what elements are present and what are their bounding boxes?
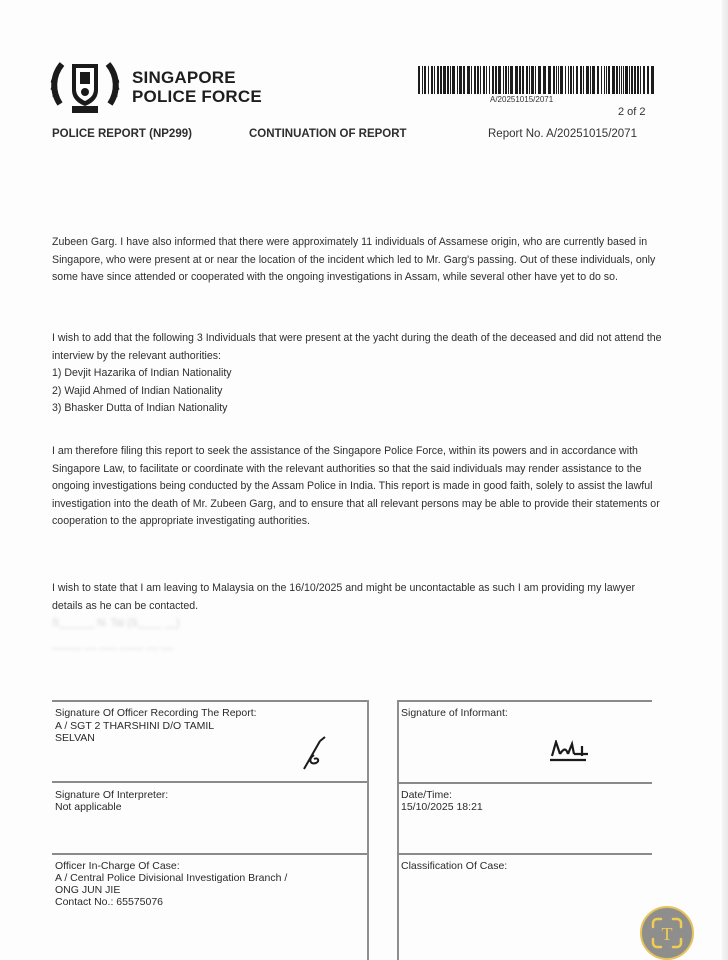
report-page: SINGAPORE POLICE FORCE A/20251015/2071 2… (0, 0, 728, 960)
form-name: POLICE REPORT (NP299) (52, 128, 192, 140)
form-border (397, 782, 652, 784)
police-crest-icon (50, 54, 120, 116)
individual-list-item: 2) Wajid Ahmed of Indian Nationality (52, 383, 662, 401)
form-border (397, 700, 652, 702)
informant-label: Signature of Informant: (401, 707, 508, 719)
officer-signature (300, 735, 330, 771)
redacted-lawyer-contact: _____ __ ___ ____ __ __ (52, 638, 173, 650)
barcode-text: A/20251015/2071 (490, 95, 553, 104)
datetime-cell: Date/Time: 15/10/2025 18:21 (401, 789, 483, 813)
page-edge-shadow (722, 0, 728, 960)
barcode (418, 66, 656, 96)
redacted-lawyer-name: S______ N. Tai (S____ __) (52, 617, 180, 629)
informant-signature (548, 740, 594, 762)
ioc-label: Officer In-Charge Of Case: (55, 860, 287, 872)
ioc-contact: Contact No.: 65575076 (55, 896, 287, 908)
text-scan-button[interactable]: T (640, 906, 694, 960)
officer-label: Signature Of Officer Recording The Repor… (55, 707, 257, 719)
section-title: CONTINUATION OF REPORT (249, 128, 407, 140)
report-number: Report No. A/20251015/2071 (488, 128, 637, 140)
paragraph-1: Zubeen Garg. I have also informed that t… (52, 234, 662, 287)
interpreter-label: Signature Of Interpreter: (55, 789, 168, 801)
svg-text:T: T (662, 924, 673, 944)
form-border (52, 700, 368, 702)
page-indicator: 2 of 2 (618, 106, 646, 118)
classification-cell: Classification Of Case: (401, 860, 507, 872)
officer-cell: Signature Of Officer Recording The Repor… (55, 707, 257, 744)
paragraph-2: I wish to add that the following 3 Indiv… (52, 330, 662, 418)
datetime-label: Date/Time: (401, 789, 483, 801)
interpreter-cell: Signature Of Interpreter: Not applicable (55, 789, 168, 813)
ioc-name: ONG JUN JIE (55, 884, 287, 896)
form-border (52, 781, 368, 783)
interpreter-value: Not applicable (55, 801, 168, 813)
org-name-line1: SINGAPORE (132, 68, 262, 87)
text-scan-icon: T (647, 913, 687, 953)
form-border (52, 853, 368, 855)
paragraph-2-intro: I wish to add that the following 3 Indiv… (52, 330, 662, 365)
individual-list-item: 3) Bhasker Dutta of Indian Nationality (52, 400, 662, 418)
classification-label: Classification Of Case: (401, 860, 507, 872)
individual-list-item: 1) Devjit Hazarika of Indian Nationality (52, 365, 662, 383)
officer-name-cont: SELVAN (55, 732, 257, 744)
datetime-value: 15/10/2025 18:21 (401, 801, 483, 813)
form-border (397, 700, 399, 960)
ioc-unit: A / Central Police Divisional Investigat… (55, 872, 287, 884)
paragraph-3: I am therefore filing this report to see… (52, 443, 662, 531)
org-name-line2: POLICE FORCE (132, 87, 262, 106)
form-border (367, 700, 369, 960)
form-border (397, 853, 652, 855)
paragraph-4: I wish to state that I am leaving to Mal… (52, 580, 662, 615)
officer-name: A / SGT 2 THARSHINI D/O TAMIL (55, 720, 257, 732)
org-name: SINGAPORE POLICE FORCE (132, 68, 262, 106)
ioc-cell: Officer In-Charge Of Case: A / Central P… (55, 860, 287, 908)
